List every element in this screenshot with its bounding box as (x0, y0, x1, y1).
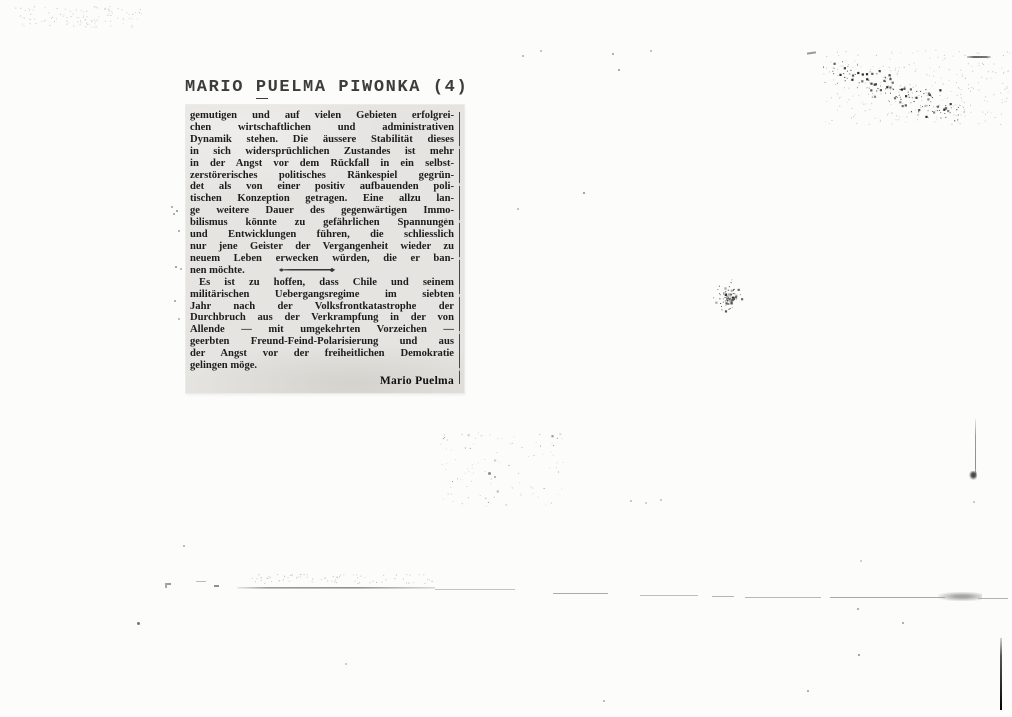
scan-speck (650, 50, 652, 52)
scan-speck (494, 476, 496, 478)
clipping-signature: Mario Puelma (380, 375, 454, 387)
clipping-line: nen möchte. (190, 265, 454, 277)
scan-speck (137, 622, 140, 625)
scan-speck (660, 499, 662, 501)
clipping-line: ge weitere Dauer des gegenwärtigen Immo- (190, 205, 454, 217)
page-title: MARIO PUELMA PIWONKA (4) (185, 78, 468, 97)
clipping-line: Allende — mit umgekehrten Vorzeichen — (190, 324, 454, 336)
clipping-line: gemutigen und auf vielen Gebieten erfolg… (190, 110, 454, 122)
margin-mark (178, 318, 180, 320)
scan-speck (858, 654, 860, 656)
scan-speck (540, 50, 542, 52)
scan-noise-scratch-fuzz (0, 0, 1, 1)
scan-dash-top-right (967, 56, 991, 58)
clipping-line: in sich widersprüchlichen Zustandes ist … (190, 146, 454, 158)
margin-mark (176, 210, 178, 212)
scan-speck (583, 192, 585, 194)
scan-speck (183, 545, 185, 547)
scan-speck (488, 472, 491, 475)
margin-mark (175, 266, 177, 268)
clipping-line: Jahr nach der Volksfrontkatastrophe der (190, 301, 454, 313)
clipping-line: det als von einer positiv aufbauenden po… (190, 181, 454, 193)
page-title-underlined-letter: P (256, 78, 268, 99)
clipping-line: zerstörerisches politisches Ränkespiel g… (190, 170, 454, 182)
margin-mark (173, 213, 175, 215)
clipping-line: bilismus könnte zu gefährlichen Spannung… (190, 217, 454, 229)
clipping-line: der Angst vor der freiheitlichen Demokra… (190, 348, 454, 360)
scan-speck (645, 502, 647, 504)
scanned-page: MARIO PUELMA PIWONKA (4) gemutigen und a… (0, 0, 1012, 717)
scratch-line-segment (435, 589, 515, 590)
scratch-line-band (237, 583, 435, 590)
clipping-line: chen wirtschaftlichen und administrative… (190, 122, 454, 134)
column-rule (459, 112, 460, 384)
page-title-text: UELMA PIWONKA (4) (268, 78, 469, 97)
clipping-line: tischen Konzeption getragen. Eine allzu … (190, 193, 454, 205)
clipping-line: Durchbruch aus der Verkrampfung in der v… (190, 312, 454, 324)
clipping-text: gemutigen und auf vielen Gebieten erfolg… (190, 110, 454, 372)
scan-speck (445, 218, 447, 220)
margin-mark (171, 206, 173, 208)
scratch-line-segment (830, 597, 945, 598)
clipping-line: und Entwicklungen führen, die schliessli… (190, 229, 454, 241)
scan-speck (522, 55, 524, 57)
scratch-line-segment (745, 597, 821, 598)
margin-mark (174, 300, 176, 302)
clipping-line: gelingen möge. (190, 360, 454, 372)
scan-speck (973, 501, 975, 503)
scratch-line-segment (196, 581, 206, 582)
scratch-line-segment (165, 583, 167, 588)
clipping-line: nur jene Geister der Vergangenheit wiede… (190, 241, 454, 253)
crease-line-hook (969, 471, 977, 480)
scan-speck (857, 608, 859, 610)
newspaper-clipping: gemutigen und auf vielen Gebieten erfolg… (186, 105, 464, 393)
clipping-line: neuem Leben erwecken würden, die er ban- (190, 253, 454, 265)
margin-mark (178, 230, 180, 232)
scratch-line-segment (214, 585, 219, 587)
clipping-line: in der Angst vor dem Rückfall in ein sel… (190, 158, 454, 170)
margin-mark (180, 268, 182, 270)
crease-line-right (975, 419, 976, 476)
scan-speck (860, 560, 862, 562)
scratch-line-segment (640, 595, 698, 596)
scan-dash-top-right-2 (807, 51, 816, 54)
clipping-line: militärischen Uebergangsregime im siebte… (190, 289, 454, 301)
scan-speck (603, 700, 605, 702)
scratch-line-segment (553, 593, 608, 594)
clipping-line: Es ist zu hoffen, dass Chile und seinem (190, 277, 454, 289)
clipping-line: Dynamik stehen. Die äussere Stabilität d… (190, 134, 454, 146)
paragraph-separator-rule (279, 268, 335, 272)
scratch-line-segment (712, 596, 734, 597)
scan-edge-streak (1000, 638, 1002, 710)
scan-speck (612, 53, 614, 55)
scan-speck (618, 69, 620, 71)
scan-speck (345, 663, 347, 665)
scan-speck (517, 208, 519, 210)
scan-speck (807, 690, 809, 692)
clipping-line: geerbten Freund-Feind-Polarisierung und … (190, 336, 454, 348)
scratch-line-segment (978, 598, 1008, 599)
scan-speck (630, 500, 632, 502)
page-title-text: MARIO (185, 78, 256, 97)
scan-speck (902, 622, 904, 624)
